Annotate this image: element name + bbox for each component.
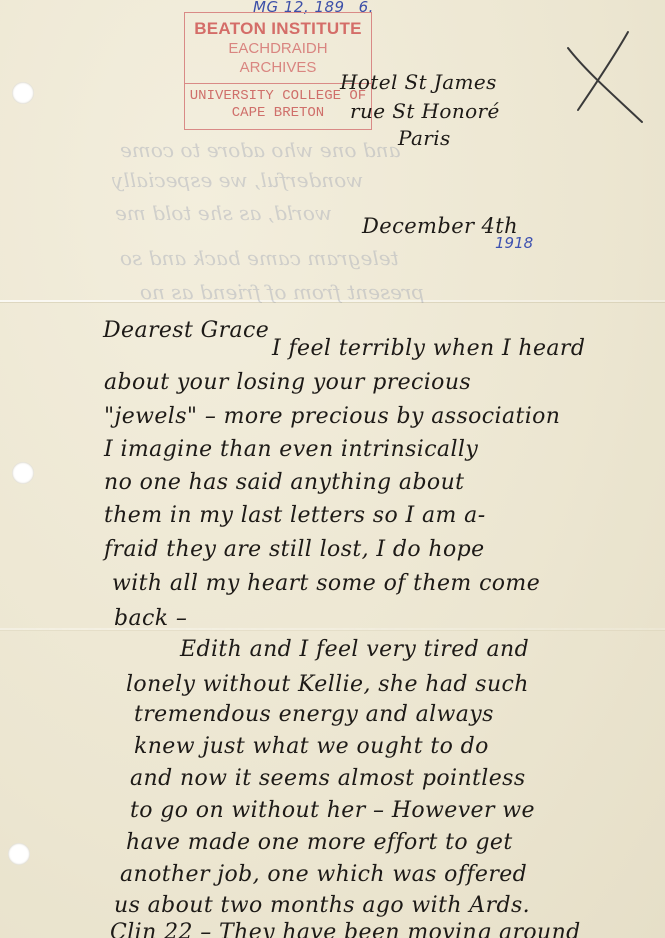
paper-fold-line — [0, 628, 665, 630]
x-mark-icon — [560, 30, 650, 125]
body-line: fraid they are still lost, I do hope — [104, 537, 485, 562]
body-line: "jewels" – more precious by association — [104, 404, 560, 429]
bleed-through-text: telegram came back and so — [120, 246, 399, 270]
punch-hole — [8, 843, 30, 865]
year-annotation: 1918 — [495, 234, 533, 252]
body-line: another job, one which was offered — [120, 862, 527, 887]
stamp-line: CAPE BRETON — [185, 105, 371, 122]
body-line: no one has said anything about — [104, 470, 464, 495]
punch-hole — [12, 82, 34, 104]
address-line: Paris — [398, 126, 451, 150]
bleed-through-text: world, as she told me — [115, 201, 332, 225]
punch-hole — [12, 462, 34, 484]
address-line: Hotel St James — [340, 70, 497, 94]
body-line: about your losing your precious — [104, 370, 471, 395]
salutation: Dearest Grace — [103, 318, 269, 343]
body-line: knew just what we ought to do — [134, 734, 489, 759]
bleed-through-text: and one who adore to come — [120, 138, 400, 162]
body-line: have made one more effort to get — [126, 830, 513, 855]
bleed-through-text: present from of friend as no — [140, 280, 424, 304]
stamp-institution: BEATON INSTITUTE — [185, 19, 371, 39]
body-line: Edith and I feel very tired and — [180, 637, 529, 662]
body-line: lonely without Kellie, she had such — [126, 672, 529, 697]
letter-page: and one who adore to come wonderful, we … — [0, 0, 665, 938]
body-line: and now it seems almost pointless — [130, 766, 526, 791]
body-line: tremendous energy and always — [134, 702, 494, 727]
body-line: them in my last letters so I am a- — [104, 503, 486, 528]
address-line: rue St Honoré — [350, 99, 500, 123]
body-line: to go on without her – However we — [130, 798, 535, 823]
body-line: back – — [114, 606, 187, 631]
body-line: us about two months ago with Ards. — [114, 893, 530, 918]
stamp-line: EACHDRAIDH — [185, 39, 371, 58]
body-line: I feel terribly when I heard — [272, 336, 585, 361]
body-line: I imagine than even intrinsically — [104, 437, 478, 462]
bleed-through-text: wonderful, we especially — [112, 168, 363, 192]
body-line: with all my heart some of them come — [112, 571, 540, 596]
body-line: Clin 22 – They have been moving around — [110, 920, 581, 938]
